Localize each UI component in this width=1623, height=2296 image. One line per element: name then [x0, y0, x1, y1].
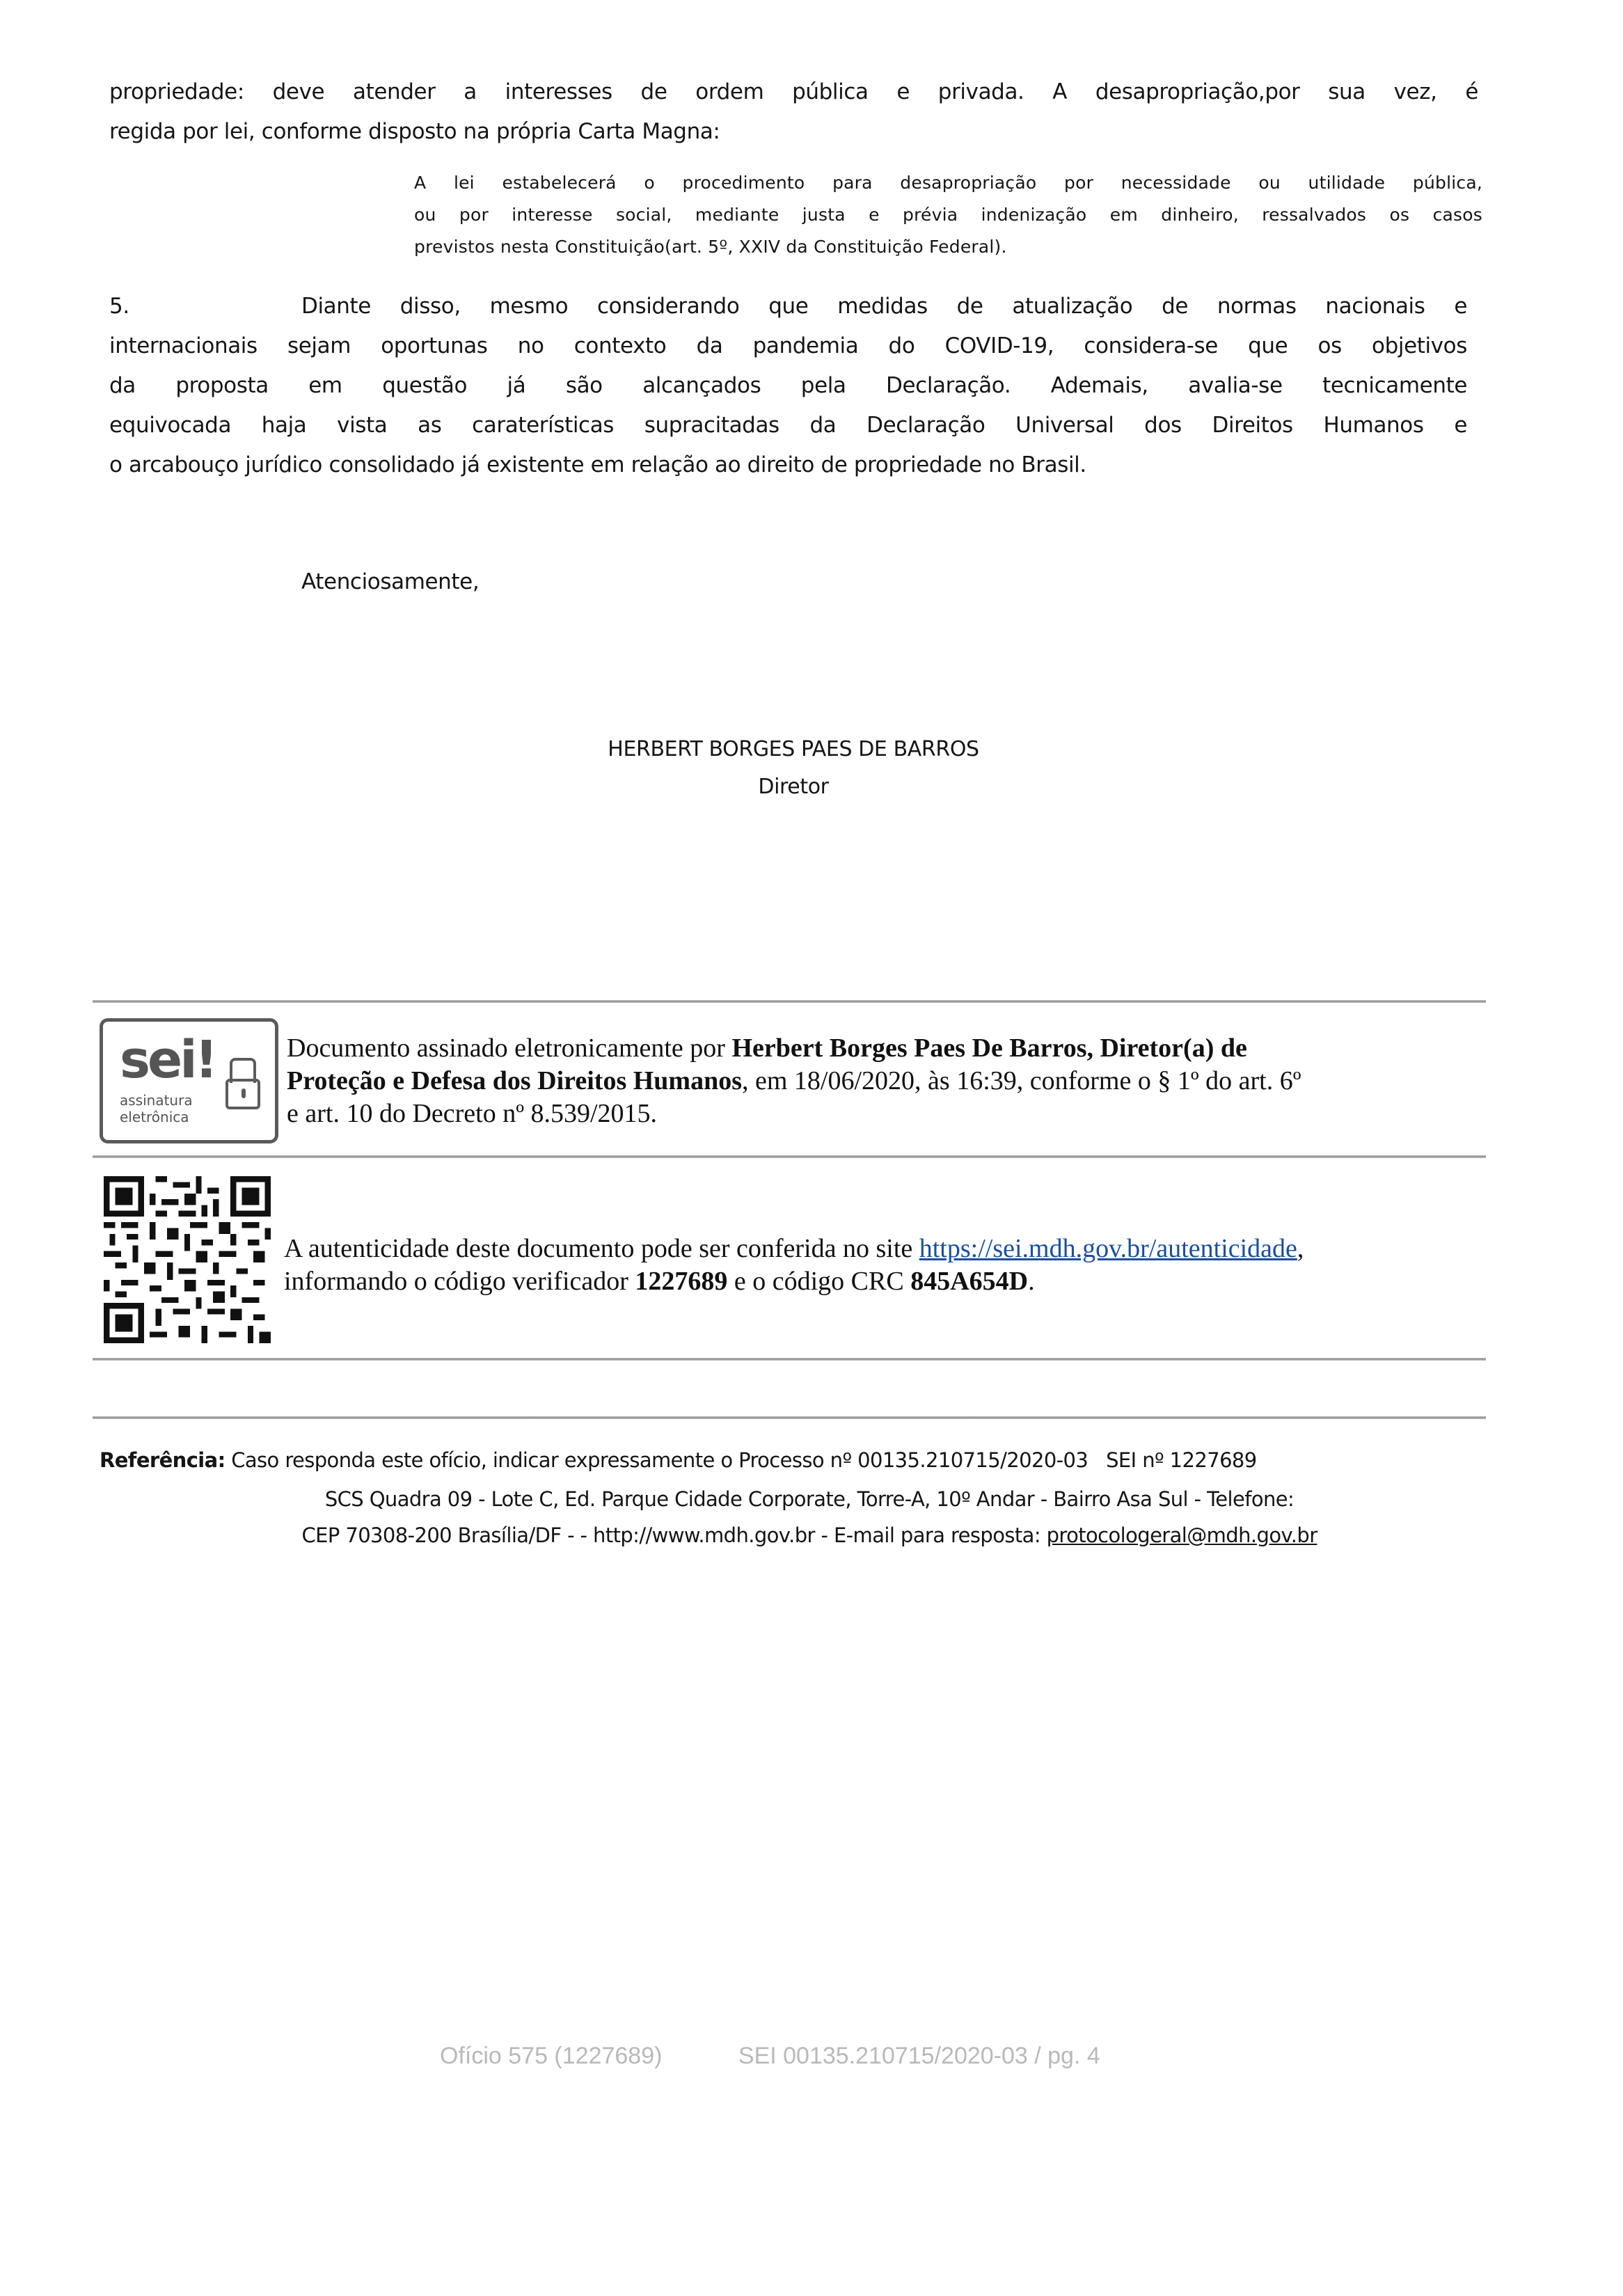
- signature-details: , em 18/06/2020, às 16:39, conforme o § …: [742, 1066, 1301, 1095]
- signature-statement: Documento assinado eletronicamente por H…: [287, 1032, 1484, 1130]
- quote-line: ou por interesse social, mediante justa …: [414, 199, 1482, 231]
- sei-logo: sei!: [120, 1034, 215, 1086]
- authenticity-comma: ,: [1297, 1234, 1304, 1263]
- footer-process-page: SEI 00135.210715/2020-03 / pg. 4: [738, 2043, 1100, 2069]
- paragraph-5: Diante disso, mesmo considerando que med…: [109, 287, 1467, 485]
- address-line-2: CEP 70308-200 Brasília/DF - - http://www…: [301, 1523, 1046, 1547]
- verifier-label: informando o código verificador: [284, 1267, 635, 1296]
- email-link[interactable]: protocologeral@mdh.gov.br: [1047, 1523, 1317, 1547]
- authenticity-link[interactable]: https://sei.mdh.gov.br/autenticidade: [919, 1234, 1297, 1263]
- crc-code: 845A654D: [910, 1267, 1028, 1296]
- footer-doc-id: Ofício 575 (1227689): [440, 2043, 662, 2069]
- page-footer: Ofício 575 (1227689) SEI 00135.210715/20…: [440, 2043, 1100, 2070]
- reference-label: Referência:: [100, 1448, 225, 1472]
- closing: Atenciosamente,: [301, 562, 479, 602]
- constitution-quote: A lei estabelecerá o procedimento para d…: [414, 167, 1482, 263]
- paragraph-line: equivocada haja vista as caraterísticas …: [109, 406, 1467, 445]
- divider-reference: [93, 1416, 1486, 1419]
- sei-badge-line1: assinatura: [120, 1093, 193, 1108]
- authenticity-statement: A autenticidade deste documento pode ser…: [284, 1233, 1488, 1298]
- signature-decree: e art. 10 do Decreto nº 8.539/2015.: [287, 1099, 657, 1128]
- divider-bottom: [93, 1358, 1486, 1361]
- paragraph-line: da proposta em questão já são alcançados…: [109, 366, 1467, 406]
- signature-prefix: Documento assinado eletronicamente por: [287, 1034, 731, 1063]
- divider-top: [93, 1000, 1486, 1003]
- divider-middle: [93, 1155, 1486, 1158]
- sei-signature-badge: sei! assinatura eletrônica: [100, 1018, 278, 1143]
- reference-text: Caso responda este ofício, indicar expre…: [225, 1448, 1257, 1472]
- qr-code-icon: [103, 1176, 271, 1343]
- signer-name: Herbert Borges Paes De Barros, Diretor(a…: [731, 1034, 1246, 1063]
- quote-line: A lei estabelecerá o procedimento para d…: [414, 167, 1482, 199]
- address-line-1: SCS Quadra 09 - Lote C, Ed. Parque Cidad…: [100, 1481, 1519, 1517]
- signatory-name: HERBERT BORGES PAES DE BARROS: [487, 731, 1100, 768]
- intro-line: regida por lei, conforme disposto na pró…: [109, 112, 1478, 152]
- paragraph-line: Diante disso, mesmo considerando que med…: [301, 287, 1467, 326]
- sei-badge-line2: eletrônica: [120, 1109, 189, 1125]
- address-block: SCS Quadra 09 - Lote C, Ed. Parque Cidad…: [100, 1481, 1519, 1553]
- paragraph-line: o arcabouço jurídico consolidado já exis…: [109, 445, 1467, 485]
- reference-line: Referência: Caso responda este ofício, i…: [100, 1442, 1257, 1478]
- crc-label: e o código CRC: [727, 1267, 910, 1296]
- intro-paragraph: propriedade: deve atender a interesses d…: [109, 72, 1478, 152]
- verifier-code: 1227689: [635, 1267, 727, 1296]
- quote-line: previstos nesta Constituição(art. 5º, XX…: [414, 231, 1482, 263]
- signatory-block: HERBERT BORGES PAES DE BARROS Diretor: [487, 731, 1100, 806]
- intro-line: propriedade: deve atender a interesses d…: [109, 72, 1478, 112]
- period: .: [1028, 1267, 1035, 1296]
- signer-unit: Proteção e Defesa dos Direitos Humanos: [287, 1066, 742, 1095]
- paragraph-line: internacionais sejam oportunas no contex…: [109, 326, 1467, 366]
- authenticity-text: A autenticidade deste documento pode ser…: [284, 1234, 919, 1263]
- signatory-role: Diretor: [487, 768, 1100, 806]
